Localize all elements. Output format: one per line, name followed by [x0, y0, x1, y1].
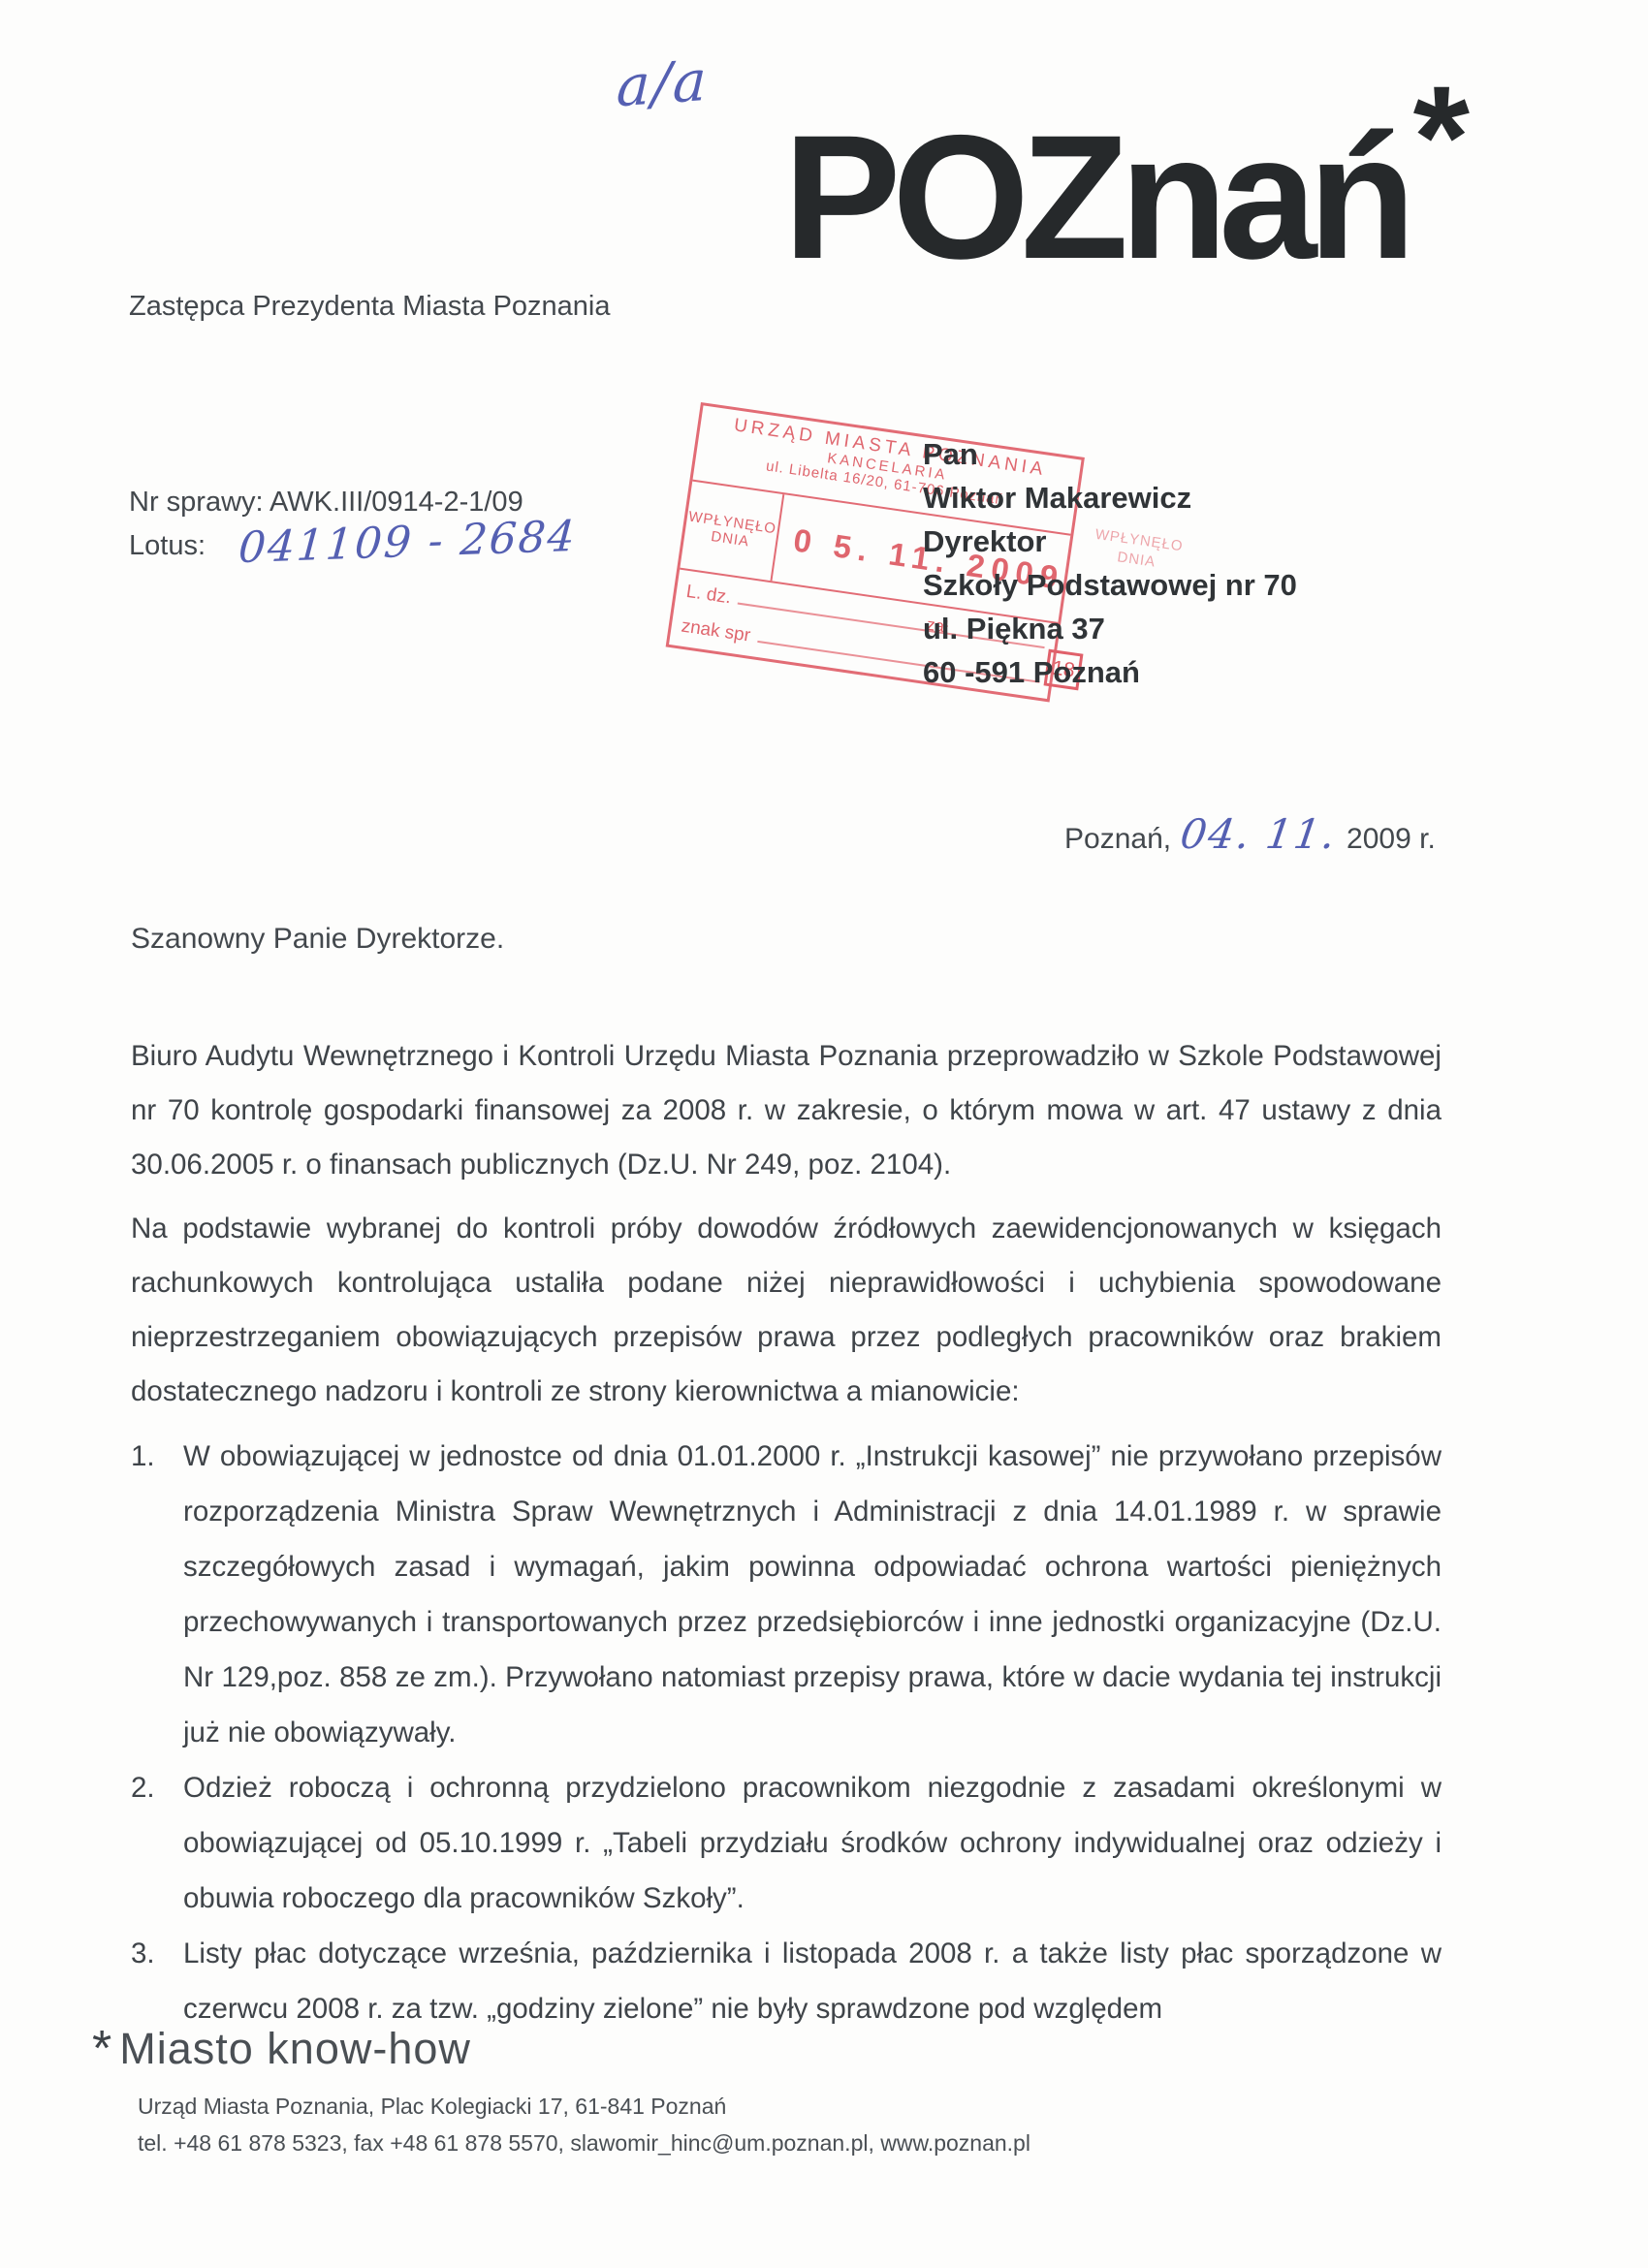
stamp-znak-label: znak spr — [680, 616, 751, 647]
handwritten-lotus-number: 041109 - 2684 — [237, 512, 578, 573]
poznan-logo: POZnań * — [783, 114, 1452, 294]
handwritten-date: 04. 11. — [1178, 810, 1341, 858]
recipient-line: ul. Piękna 37 — [923, 607, 1297, 650]
recipient-line: Dyrektor — [923, 520, 1297, 563]
finding-item-1: 1. W obowiązującej w jednostce od dnia 0… — [131, 1429, 1442, 1760]
footer-asterisk-icon: * — [92, 2024, 111, 2074]
recipient-line: 60 -591 Poznań — [923, 650, 1297, 694]
poznan-logo-asterisk-icon: * — [1413, 64, 1470, 209]
handwritten-aa-note: a/a — [616, 47, 710, 120]
dateline-year: 2009 r. — [1347, 823, 1436, 856]
finding-number: 3. — [131, 1926, 183, 2036]
dateline-city: Poznań, — [1064, 823, 1171, 856]
finding-item-3: 3. Listy płac dotyczące września, paździ… — [131, 1926, 1442, 2036]
recipient-line: Wiktor Makarewicz — [923, 476, 1297, 520]
recipient-line: Pan — [923, 432, 1297, 476]
finding-text: Odzież roboczą i ochronną przydzielono p… — [183, 1760, 1442, 1926]
footer-address: Urząd Miasta Poznania, Plac Kolegiacki 1… — [138, 2088, 1030, 2125]
dateline: Poznań, 04. 11. 2009 r. — [1064, 810, 1436, 858]
poznan-logo-text: POZnań — [783, 114, 1452, 279]
body-paragraph: Na podstawie wybranej do kontroli próby … — [131, 1202, 1442, 1419]
finding-number: 2. — [131, 1760, 183, 1926]
finding-text: W obowiązującej w jednostce od dnia 01.0… — [183, 1429, 1442, 1760]
body-paragraph: Biuro Audytu Wewnętrznego i Kontroli Urz… — [131, 1029, 1442, 1192]
footer: * Miasto know-how Urząd Miasta Poznania,… — [92, 2024, 1030, 2161]
finding-item-2: 2. Odzież roboczą i ochronną przydzielon… — [131, 1760, 1442, 1926]
footer-contact: tel. +48 61 878 5323, fax +48 61 878 557… — [138, 2125, 1030, 2161]
footer-slogan-row: * Miasto know-how — [92, 2024, 1030, 2074]
recipient-block: Pan Wiktor Makarewicz Dyrektor Szkoły Po… — [923, 432, 1297, 694]
finding-text: Listy płac dotyczące września, październ… — [183, 1926, 1442, 2036]
sender-title: Zastępca Prezydenta Miasta Poznania — [129, 291, 611, 323]
recipient-line: Szkoły Podstawowej nr 70 — [923, 563, 1297, 607]
footer-slogan: Miasto know-how — [119, 2024, 471, 2074]
letter-body: Biuro Audytu Wewnętrznego i Kontroli Urz… — [131, 1029, 1442, 2036]
stamp-ldz-label: L. dz. — [684, 582, 732, 609]
stamp-received-label: WPŁYNĘŁO DNIA — [680, 482, 784, 582]
scanned-letter-page: a/a POZnań * Zastępca Prezydenta Miasta … — [0, 0, 1648, 2268]
salutation: Szanowny Panie Dyrektorze. — [131, 923, 504, 956]
finding-number: 1. — [131, 1429, 183, 1760]
